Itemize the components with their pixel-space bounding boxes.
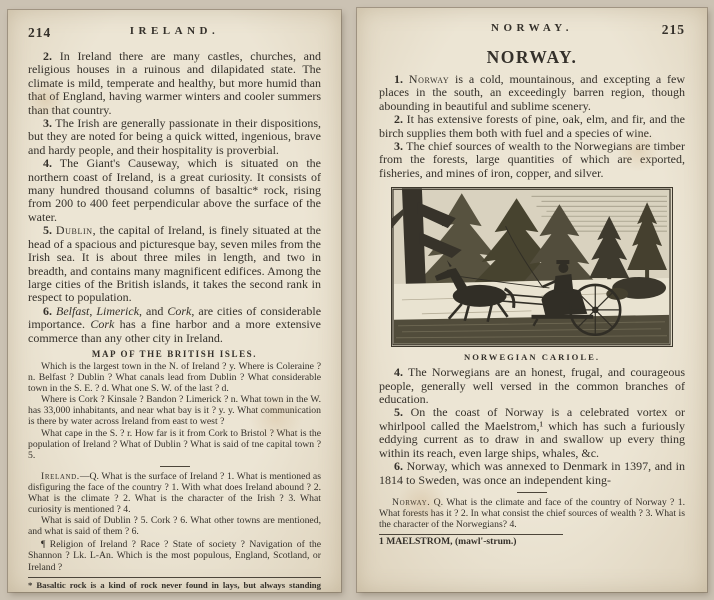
paragraph-ireland-5: 5. Dublin, the capital of Ireland, is fi…: [28, 224, 321, 304]
footnote-rule: [28, 577, 321, 578]
running-head: IRELAND.: [28, 25, 321, 37]
map-question-1: Which is the largest town in the N. of I…: [28, 361, 321, 394]
engraving-block: NORWEGIAN CARIOLE.: [391, 187, 673, 362]
engraving-caption: NORWEGIAN CARIOLE.: [391, 352, 673, 362]
body-text-norway-bottom: 4. The Norwegians are an honest, frugal,…: [379, 366, 685, 487]
map-questions: Which is the largest town in the N. of I…: [28, 361, 321, 461]
map-question-2: Where is Cork ? Kinsale ? Bandon ? Limer…: [28, 394, 321, 427]
paragraph-ireland-6: 6. Belfast, Limerick, and Cork, are citi…: [28, 305, 321, 345]
page-header-right: NORWAY. 215: [379, 22, 685, 39]
body-text-norway-top: 1. Norway is a cold, mountainous, and ex…: [379, 73, 685, 180]
paragraph-norway-3: 3. The chief sources of wealth to the No…: [379, 140, 685, 180]
review-ireland-1: Ireland.—Q. What is the surface of Irela…: [28, 471, 321, 515]
paragraph-ireland-2: 2. In Ireland there are many castles, ch…: [28, 50, 321, 117]
review-ireland-2: What is said of Dublin ? 5. Cork ? 6. Wh…: [28, 515, 321, 537]
review-questions-norway: Norway. Q. What is the climate and face …: [379, 497, 685, 530]
review-ireland-3: ¶ Religion of Ireland ? Race ? State of …: [28, 539, 321, 572]
body-text-ireland: 2. In Ireland there are many castles, ch…: [28, 50, 321, 345]
paragraph-norway-4: 4. The Norwegians are an honest, frugal,…: [379, 366, 685, 406]
norwegian-cariole-engraving: [391, 187, 673, 347]
chapter-title: NORWAY.: [379, 47, 685, 68]
page-left-ireland: 214 IRELAND. 2. In Ireland there are man…: [8, 10, 341, 592]
review-norway-1: Norway. Q. What is the climate and face …: [379, 497, 685, 530]
paragraph-ireland-4: 4. The Giant's Causeway, which is situat…: [28, 157, 321, 224]
page-header-left: 214 IRELAND.: [28, 25, 321, 42]
section-divider: [160, 466, 190, 467]
review-questions-ireland: Ireland.—Q. What is the surface of Irela…: [28, 471, 321, 573]
page-right-norway: NORWAY. 215 NORWAY. 1. Norway is a cold,…: [357, 8, 707, 592]
section-divider: [517, 492, 547, 493]
map-heading: MAP OF THE BRITISH ISLES.: [28, 349, 321, 359]
map-question-3: What cape in the S. ? r. How far is it f…: [28, 428, 321, 461]
paragraph-norway-2: 2. It has extensive forests of pine, oak…: [379, 113, 685, 140]
running-head: NORWAY.: [379, 22, 685, 34]
paragraph-norway-5: 5. On the coast of Norway is a celebrate…: [379, 406, 685, 460]
paragraph-ireland-3: 3. The Irish are generally passionate in…: [28, 117, 321, 157]
engraving-image: [392, 188, 671, 346]
footnote-basaltic: * Basaltic rock is a kind of rock never …: [28, 580, 321, 592]
paragraph-norway-6: 6. Norway, which was annexed to Denmark …: [379, 460, 685, 487]
footnote-rule: [379, 534, 563, 535]
paragraph-norway-1: 1. Norway is a cold, mountainous, and ex…: [379, 73, 685, 113]
footnote-maelstrom: 1 MAELSTROM, (mawl'-strum.): [379, 537, 685, 547]
book-scan: { "colors": { "background": "#cbc2b3", "…: [0, 0, 714, 600]
page-number: 215: [662, 22, 685, 38]
